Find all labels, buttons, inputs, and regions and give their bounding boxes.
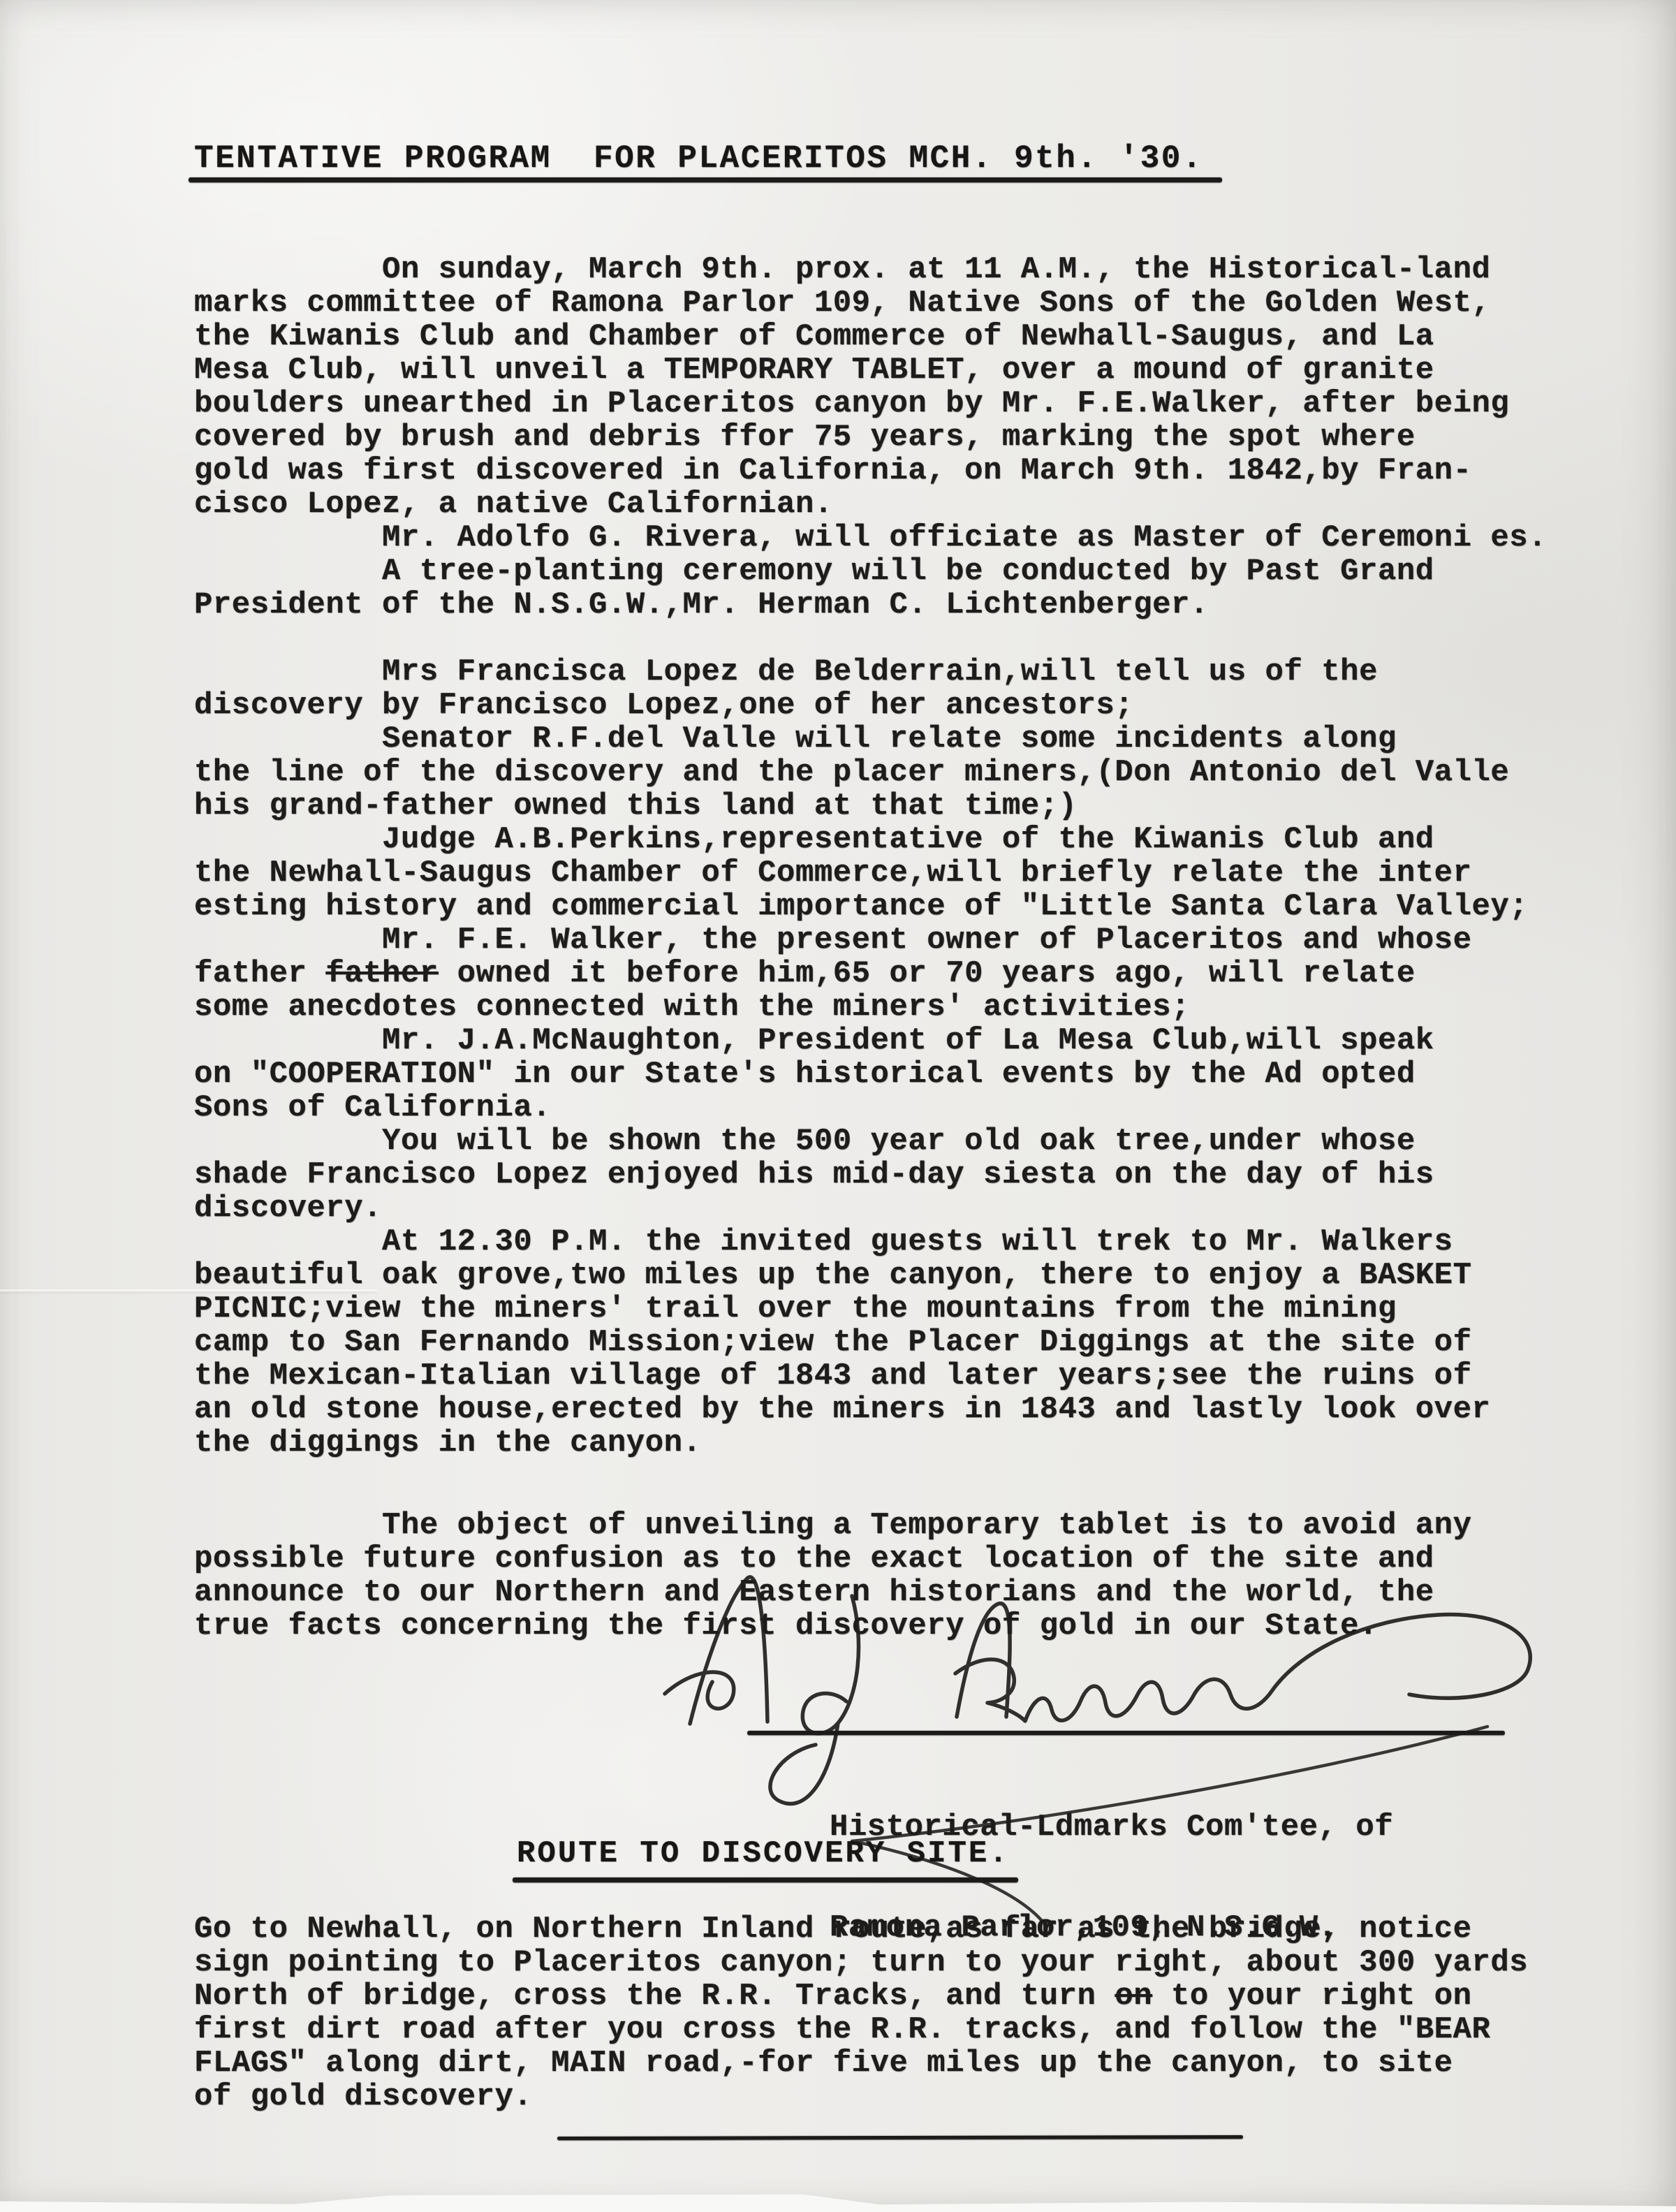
typed-line: Mesa Club, will unveil a TEMPORARY TABLE…: [194, 353, 1547, 387]
title-underline: [189, 177, 1222, 182]
typed-line: At 12.30 P.M. the invited guests will tr…: [194, 1225, 1528, 1259]
typed-line: Judge A.B.Perkins,representative of the …: [194, 823, 1528, 856]
document-title: TENTATIVE PROGRAM FOR PLACERITOS MCH. 9t…: [194, 141, 1203, 176]
typed-line: A tree-planting ceremony will be conduct…: [194, 555, 1547, 588]
paper-crease: [0, 1289, 377, 1291]
typed-line: the line of the discovery and the placer…: [194, 756, 1528, 789]
typed-line: the diggings in the canyon.: [194, 1426, 1528, 1460]
route-heading: ROUTE TO DISCOVERY SITE.: [517, 1837, 1010, 1870]
typed-line: boulders unearthed in Placeritos canyon …: [194, 387, 1547, 420]
typed-line: cisco Lopez, a native Californian.: [194, 488, 1547, 521]
route-heading-underline: [513, 1877, 1018, 1882]
typed-line: sign pointing to Placeritos canyon; turn…: [194, 1946, 1528, 1979]
typed-line: Sons of California.: [194, 1091, 1528, 1125]
typed-line: father father owned it before him,65 or …: [194, 957, 1528, 990]
typed-line: marks committee of Ramona Parlor 109, Na…: [194, 286, 1547, 320]
typed-line: camp to San Fernando Mission;view the Pl…: [194, 1326, 1528, 1359]
typed-line: covered by brush and debris ffor 75 year…: [194, 420, 1547, 454]
typed-line: Senator R.F.del Valle will relate some i…: [194, 722, 1528, 756]
typed-line: FLAGS" along dirt, MAIN road,-for five m…: [194, 2046, 1528, 2080]
typed-line: Mr. J.A.McNaughton, President of La Mesa…: [194, 1024, 1528, 1057]
closing-rule: [557, 2135, 1243, 2140]
intro-paragraph: On sunday, March 9th. prox. at 11 A.M., …: [194, 253, 1547, 622]
typed-line: his grand-father owned this land at that…: [194, 789, 1528, 823]
scanned-document-page: TENTATIVE PROGRAM FOR PLACERITOS MCH. 9t…: [0, 0, 1676, 2212]
typed-line: North of bridge, cross the R.R. Tracks, …: [194, 1979, 1528, 2013]
typed-line: beautiful oak grove,two miles up the can…: [194, 1259, 1528, 1292]
program-paragraph: Mrs Francisca Lopez de Belderrain,will t…: [194, 655, 1528, 1460]
typed-line: PICNIC;view the miners' trail over the m…: [194, 1292, 1528, 1326]
signature-underline: [747, 1731, 1505, 1735]
typed-line: Mrs Francisca Lopez de Belderrain,will t…: [194, 655, 1528, 689]
paper-bottom-edge: [0, 2192, 1676, 2212]
typed-line: the Newhall-Saugus Chamber of Commerce,w…: [194, 856, 1528, 890]
typed-line: shade Francisco Lopez enjoyed his mid-da…: [194, 1158, 1528, 1192]
typed-line: Mr. F.E. Walker, the present owner of Pl…: [194, 923, 1528, 957]
typed-line: some anecdotes connected with the miners…: [194, 990, 1528, 1024]
typed-line: on "COOPERATION" in our State's historic…: [194, 1057, 1528, 1091]
typed-line: esting history and commercial importance…: [194, 890, 1528, 923]
typed-line: President of the N.S.G.W.,Mr. Herman C. …: [194, 588, 1547, 622]
typed-line: Mr. Adolfo G. Rivera, will officiate as …: [194, 521, 1547, 555]
route-paragraph: Go to Newhall, on Northern Inland route,…: [194, 1912, 1528, 2114]
typed-line: gold was first discovered in California,…: [194, 454, 1547, 488]
typed-line: an old stone house,erected by the miners…: [194, 1393, 1528, 1426]
typed-line: You will be shown the 500 year old oak t…: [194, 1125, 1528, 1158]
typed-line: of gold discovery.: [194, 2080, 1528, 2114]
typed-line: discovery.: [194, 1192, 1528, 1225]
typed-line: discovery by Francisco Lopez,one of her …: [194, 689, 1528, 722]
typed-line: Go to Newhall, on Northern Inland route,…: [194, 1912, 1528, 1946]
typed-line: the Mexican-Italian village of 1843 and …: [194, 1359, 1528, 1393]
typed-line: the Kiwanis Club and Chamber of Commerce…: [194, 320, 1547, 353]
typed-line: first dirt road after you cross the R.R.…: [194, 2013, 1528, 2046]
signature-letter-a: [665, 1577, 767, 1724]
typed-line: On sunday, March 9th. prox. at 11 A.M., …: [194, 253, 1547, 286]
signature-word-rivera: [955, 1604, 1530, 1721]
